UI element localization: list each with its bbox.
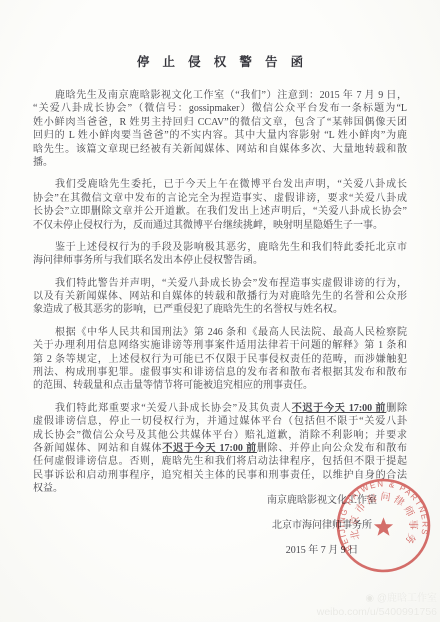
text-segment: 删除 bbox=[386, 403, 407, 414]
watermark-account: @鹿晗工作室 bbox=[377, 593, 437, 604]
text-line: 晗先生。该篇文章现已经被有关新闻媒体、网站和自媒体多次、大量地转载和散 bbox=[33, 143, 407, 156]
text-line: 象造成了极其恶劣的影响，已严重侵犯了鹿晗先生的名誉权与姓名权。 bbox=[33, 303, 407, 316]
text-line: 鹿晗先生及南京鹿晗影视文化工作室（“我们”）注意到：2015 年 7 月 9 日… bbox=[33, 89, 407, 102]
text-segment: 我们特此郑重要求“关爱八卦成长协会”及其负责人 bbox=[55, 403, 292, 414]
paragraph-4: 我们特此警告并声明，“关爱八卦成长协会”发布捏造事实虚假诽谤的行为， 以及有关新… bbox=[33, 277, 407, 317]
text-line: 的范围、转载量和点击量等情节将可能被追究相应的刑事责任。 bbox=[33, 379, 407, 392]
signature-block: 南京鹿晗影视文化工作室 北京市海问律师事务所 2015 年 7 月 9 日 bbox=[252, 494, 392, 569]
text-line: 我们特此警告并声明，“关爱八卦成长协会”发布捏造事实虚假诽谤的行为， bbox=[33, 277, 407, 290]
paragraph-5: 根据《中华人民共和国刑法》第 246 条和《最高人民法院、最高人民检察院 关于办… bbox=[33, 326, 407, 393]
text-line: 以及有关新闻媒体、网站和自媒体的转载和散播行为对鹿晗先生的名誉和公众形 bbox=[33, 290, 407, 303]
text-line: 播。 bbox=[33, 156, 407, 169]
text-line: 鉴于上述侵权行为的手段及影响极其恶劣，鹿晗先生和我们特此委托北京市 bbox=[33, 241, 407, 254]
weibo-watermark: ◉ @鹿晗工作室 weibo.com/u/5400991756 bbox=[317, 593, 437, 618]
paragraph-3: 鉴于上述侵权行为的手段及影响极其恶劣，鹿晗先生和我们特此委托北京市 海问律师事务… bbox=[33, 241, 407, 268]
text-line: 长协会”立即删除文章并公开道歉。在我们发出上述声明后，“关爱八卦成长协会” bbox=[33, 205, 407, 218]
text-segment: 删除、并停止向公众发布和散布 bbox=[257, 443, 407, 454]
text-segment: 各新闻媒体、网站和自媒体 bbox=[33, 443, 162, 454]
paragraph-2: 我们受鹿晗先生委托，已于今天上午在微博平台发出声明，“关爱八卦成长 协会”在其微… bbox=[33, 178, 407, 232]
deadline-highlight: 不迟于今天 17:00 前 bbox=[162, 443, 257, 454]
text-line: 不仅未停止侵权行为，反而通过其微博平台继续挑衅，映射明星隐婚生子一事。 bbox=[33, 219, 407, 232]
text-line: 根据《中华人民共和国刑法》第 246 条和《最高人民法院、最高人民检察院 bbox=[33, 326, 407, 339]
text-line: 我们特此郑重要求“关爱八卦成长协会”及其负责人不迟于今天 17:00 前删除 bbox=[33, 402, 407, 415]
text-line: 回归的 L 姓小鲜肉要当爸爸”的不实内容。其中大量内容影射 “L 姓小鲜肉”为鹿 bbox=[33, 129, 407, 142]
text-line: “关爱八卦成长协会”（微信号：gossipmaker）微信公众平台发布一条标题为… bbox=[33, 102, 407, 115]
text-line: 虚假诽谤信息，停止一切侵权行为，并通过媒体平台（包括但不限于“关爱八卦 bbox=[33, 415, 407, 428]
weibo-icon: ◉ bbox=[365, 593, 374, 604]
text-line: 关于办理利用信息网络实施诽谤等刑事案件适用法律若干问题的解释》第 1 条和 bbox=[33, 339, 407, 352]
document-title: 停 止 侵 权 警 告 函 bbox=[0, 0, 440, 70]
signature-law-firm: 北京市海问律师事务所 bbox=[252, 519, 392, 532]
signature-date: 2015 年 7 月 9 日 bbox=[252, 544, 392, 557]
text-line: 海问律师事务所与我们联名发出本停止侵权警告函。 bbox=[33, 254, 407, 267]
text-line: 任何虚假诽谤信息。否则，鹿晗先生和我们将启动法律程序，包括但不限于提起 bbox=[33, 455, 407, 468]
signature-studio: 南京鹿晗影视文化工作室 bbox=[252, 494, 392, 507]
text-line: 成长协会”微信公众号及其他公共媒体平台）赔礼道歉，消除不利影响；并要求 bbox=[33, 429, 407, 442]
watermark-url: weibo.com/u/5400991756 bbox=[317, 606, 437, 619]
text-line: 我们受鹿晗先生委托，已于今天上午在微博平台发出声明，“关爱八卦成长 bbox=[33, 178, 407, 191]
document-page: 停 止 侵 权 警 告 函 鹿晗先生及南京鹿晗影视文化工作室（“我们”）注意到：… bbox=[0, 0, 440, 622]
paragraph-1: 鹿晗先生及南京鹿晗影视文化工作室（“我们”）注意到：2015 年 7 月 9 日… bbox=[33, 89, 407, 169]
text-line: 各新闻媒体、网站和自媒体不迟于今天 17:00 前删除、并停止向公众发布和散布 bbox=[33, 442, 407, 455]
text-line: 刑法、构成刑事犯罪。虚假事实和诽谤信息的发布者和散布者根据其发布和散布 bbox=[33, 366, 407, 379]
letter-body: 鹿晗先生及南京鹿晗影视文化工作室（“我们”）注意到：2015 年 7 月 9 日… bbox=[33, 89, 407, 496]
text-line: 民事诉讼和启动刑事程序，追究相关主体的民事和刑事责任，以维护自身的合法 bbox=[33, 469, 407, 482]
text-line: 姓小鲜肉当爸爸，R 姓男主持回归 CCAV”的微信文章，包含了“某韩国偶像天团 bbox=[33, 116, 407, 129]
watermark-account-line: ◉ @鹿晗工作室 bbox=[317, 593, 437, 606]
text-line: 第 2 条等规定，上述侵权行为可能已不仅限于民事侵权责任的范畴，而涉嫌触犯 bbox=[33, 353, 407, 366]
paragraph-6: 我们特此郑重要求“关爱八卦成长协会”及其负责人不迟于今天 17:00 前删除 虚… bbox=[33, 402, 407, 496]
text-line: 协会”在其微信文章中发布的言论完全为捏造事实、虚假诽谤，要求“关爱八卦成 bbox=[33, 192, 407, 205]
deadline-highlight: 不迟于今天 17:00 前 bbox=[292, 403, 387, 414]
